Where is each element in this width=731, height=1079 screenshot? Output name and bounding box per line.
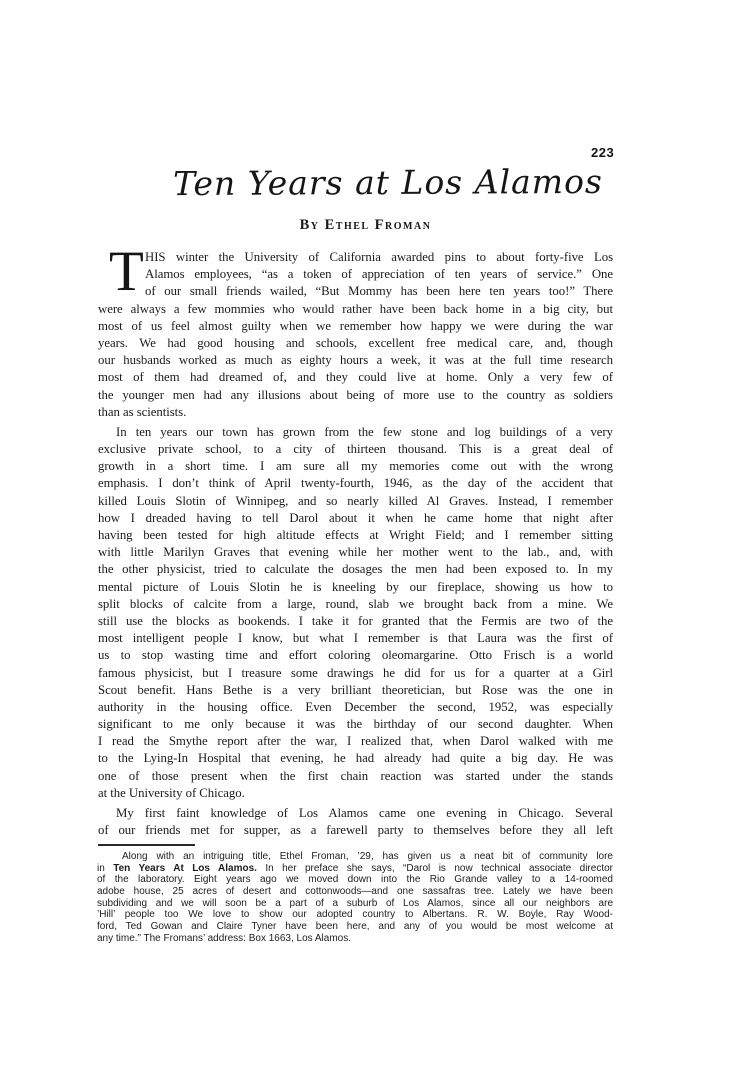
magazine-page: 223 Ten Years at Los Alamos By Ethel Fro… bbox=[0, 0, 731, 1079]
footnote-rule bbox=[98, 844, 195, 846]
text-line: of our friends met for supper, as a fare… bbox=[98, 822, 613, 839]
text-line: In ten years our town has grown from the… bbox=[98, 424, 613, 441]
text-line: any time.” The Fromans’ address: Box 166… bbox=[97, 933, 613, 945]
text-line: how I dreaded having to tell Darol about… bbox=[98, 510, 613, 527]
text-line: most of them had dreamed of, and they co… bbox=[98, 369, 613, 386]
text-line: HIS winter the University of California … bbox=[145, 249, 613, 266]
article-title: Ten Years at Los Alamos bbox=[172, 162, 602, 203]
footnote: Along with an intriguing title, Ethel Fr… bbox=[97, 851, 613, 945]
text-line: subdividing and we will soon be a part o… bbox=[97, 898, 613, 910]
text-line: Scout benefit. Hans Bethe is a very bril… bbox=[98, 682, 613, 699]
text-line: significant to me only because it was th… bbox=[98, 716, 613, 733]
text-segment: in bbox=[97, 863, 113, 874]
text-line: years. We had good housing and schools, … bbox=[98, 335, 613, 352]
text-line: of the laboratory. Eight years ago we mo… bbox=[97, 874, 613, 886]
text-line: ford, Ted Gowan and Claire Tyner have be… bbox=[97, 921, 613, 933]
page-number: 223 bbox=[591, 145, 614, 160]
text-line: Along with an intriguing title, Ethel Fr… bbox=[97, 851, 613, 863]
text-line: famous physicist, but I treasure some dr… bbox=[98, 665, 613, 682]
text-line: one of those present when the first chai… bbox=[98, 768, 613, 785]
text-line: exclusive private school, to a city of t… bbox=[98, 441, 613, 458]
dropcap-letter: T bbox=[98, 249, 145, 299]
text-line: authority in the housing office. Even De… bbox=[98, 699, 613, 716]
text-line: to the Lying-In Hospital that evening, h… bbox=[98, 750, 613, 767]
text-line: growth in a short time. I am sure all my… bbox=[98, 458, 613, 475]
text-line: most intelligent people I know, but what… bbox=[98, 630, 613, 647]
text-line: My first faint knowledge of Los Alamos c… bbox=[98, 805, 613, 822]
text-line: ’Hill’ people too We love to show our ad… bbox=[97, 909, 613, 921]
text-line: most of us feel almost guilty when we re… bbox=[98, 318, 613, 335]
text-line: at the University of Chicago. bbox=[98, 785, 613, 802]
text-line: the younger men had any illusions about … bbox=[98, 387, 613, 404]
text-line: still use the blocks as bookends. I take… bbox=[98, 613, 613, 630]
text-line: emphasis. I don’t think of April twenty-… bbox=[98, 475, 613, 492]
text-line: than as scientists. bbox=[98, 404, 613, 421]
text-line: mental picture of Louis Slotin he is kne… bbox=[98, 579, 613, 596]
paragraph-2: In ten years our town has grown from the… bbox=[98, 424, 613, 802]
text-line: Alamos employees, “as a token of appreci… bbox=[145, 266, 613, 283]
text-line: were always a few mommies who would rath… bbox=[98, 301, 613, 318]
text-line: adobe house, 25 acres of desert and cott… bbox=[97, 886, 613, 898]
text-line: with little Marilyn Graves that evening … bbox=[98, 544, 613, 561]
text-line: killed Louis Slotin of Winnipeg, and so … bbox=[98, 493, 613, 510]
text-line: having been tested for high altitude eff… bbox=[98, 527, 613, 544]
paragraph-3: My first faint knowledge of Los Alamos c… bbox=[98, 805, 613, 839]
text-line: our husbands worked as much as eighty ho… bbox=[98, 352, 613, 369]
text-line: I read the Smythe report after the war, … bbox=[98, 733, 613, 750]
text-line: the other physicist, tried to calculate … bbox=[98, 561, 613, 578]
text-line: split blocks of calcite from a large, ro… bbox=[98, 596, 613, 613]
text-line: of our small friends wailed, “But Mommy … bbox=[145, 283, 613, 300]
title-wrap: Ten Years at Los Alamos bbox=[0, 163, 731, 202]
bold-text-segment: Ten Years At Los Alamos. bbox=[113, 863, 257, 874]
text-line: us to stop wasting time and effort color… bbox=[98, 647, 613, 664]
article-byline: By Ethel Froman bbox=[0, 217, 731, 234]
text-line: in Ten Years At Los Alamos. In her prefa… bbox=[97, 863, 613, 875]
article-body: T HIS winter the University of Californi… bbox=[98, 249, 613, 839]
paragraph-1: T HIS winter the University of Californi… bbox=[98, 249, 613, 421]
text-segment: In her preface she says, “Darol is now t… bbox=[257, 863, 613, 874]
